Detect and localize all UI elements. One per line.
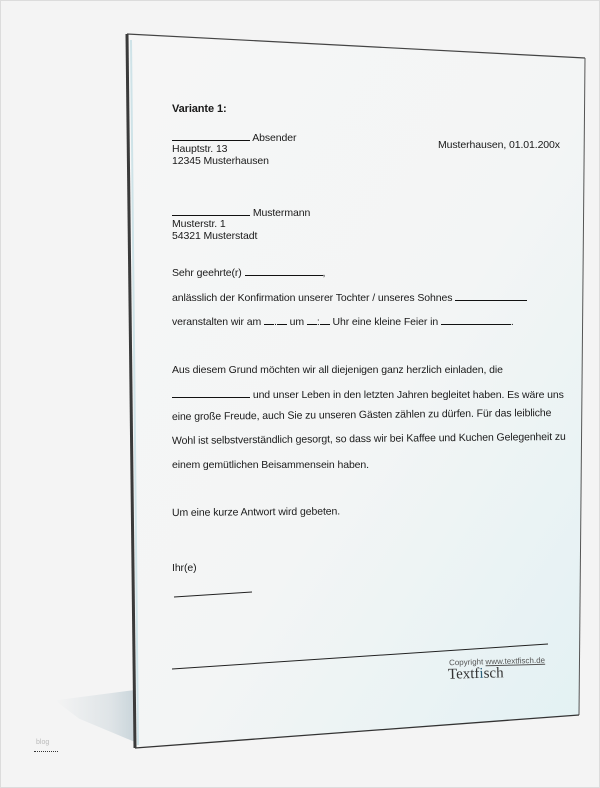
recipient-name-blank <box>172 206 250 216</box>
closing: Ihr(e) <box>172 562 197 574</box>
paragraph-line-2-text: und unser Leben in den letzten Jahren be… <box>253 389 564 401</box>
location-prefix: Uhr eine kleine Feier in <box>333 316 439 328</box>
recipient-city: 54321 Musterstadt <box>172 230 257 242</box>
guests-blank <box>172 388 250 398</box>
minute-blank <box>320 315 330 325</box>
logo-text-end: sch <box>483 665 503 682</box>
salutation-line: Sehr geehrte(r) , <box>172 266 325 279</box>
paragraph-line-1: Aus diesem Grund möchten wir all diejeni… <box>172 364 503 376</box>
paragraph-line-5: einem gemütlichen Beisammensein haben. <box>172 459 369 471</box>
reply-request: Um eine kurze Antwort wird gebeten. <box>172 506 340 519</box>
sender-name-blank <box>172 131 250 141</box>
logo-text-start: Textf <box>448 666 480 683</box>
recipient-label: Mustermann <box>253 207 310 219</box>
child-name-blank <box>455 291 527 301</box>
day-blank <box>264 315 274 325</box>
location-blank <box>441 315 511 325</box>
sender-label: Absender <box>252 132 296 144</box>
salutation-blank <box>245 266 323 276</box>
place-date: Musterhausen, 01.01.200x <box>438 139 560 151</box>
date-prefix: veranstalten wir am <box>172 316 261 328</box>
salutation: Sehr geehrte(r) <box>172 267 242 279</box>
month-blank <box>277 315 287 325</box>
paragraph-line-2: und unser Leben in den letzten Jahren be… <box>172 388 564 401</box>
date-time-line: veranstalten wir am . um : Uhr eine klei… <box>172 315 514 328</box>
occasion-text: anlässlich der Konfirmation unserer Toch… <box>172 292 452 304</box>
watermark-squiggle <box>34 748 58 752</box>
watermark: blog <box>36 739 49 746</box>
textfisch-logo: Textfisch <box>448 665 504 683</box>
sender-city: 12345 Musterhausen <box>172 155 269 167</box>
recipient-street: Musterstr. 1 <box>172 218 226 230</box>
sender-street: Hauptstr. 13 <box>172 143 227 155</box>
occasion-line: anlässlich der Konfirmation unserer Toch… <box>172 291 527 304</box>
hour-blank <box>307 315 317 325</box>
time-prefix: um <box>290 316 304 328</box>
variant-heading: Variante 1: <box>172 103 227 115</box>
